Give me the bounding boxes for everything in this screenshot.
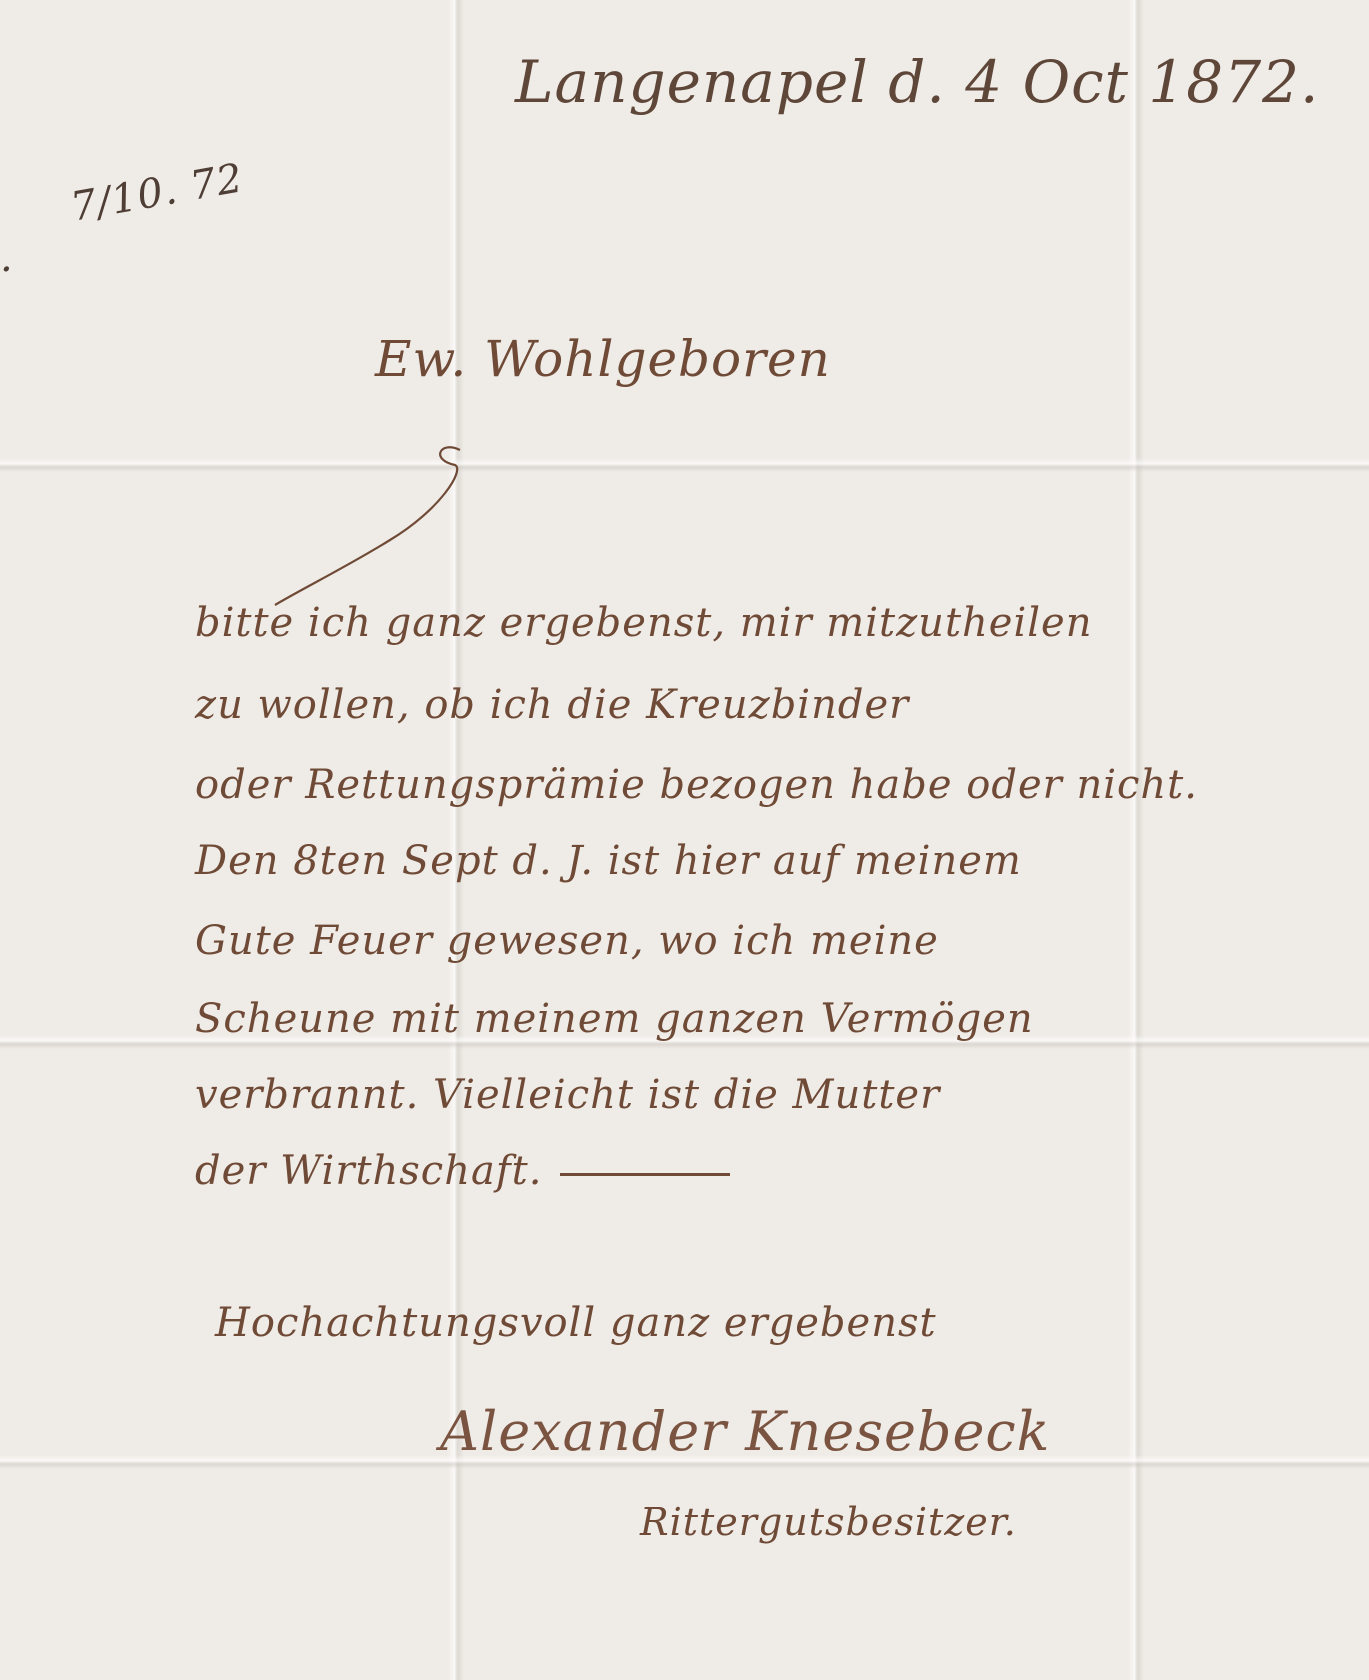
salutation-flourish-icon: [270, 440, 490, 610]
margin-mark: .: [0, 235, 14, 281]
body-line: zu wollen, ob ich die Kreuzbinder: [195, 682, 909, 728]
margin-date-note: 7/10. 72: [67, 155, 246, 231]
closing-dash: [560, 1173, 730, 1176]
place-date-header: Langenapel d. 4 Oct 1872.: [515, 48, 1319, 116]
body-line: Gute Feuer gewesen, wo ich meine: [195, 918, 939, 964]
closing-line: Hochachtungsvoll ganz ergebenst: [215, 1300, 937, 1346]
body-line: verbrannt. Vielleicht ist die Mutter: [195, 1072, 940, 1118]
fold-crease-vertical: [1128, 0, 1144, 1680]
body-line: der Wirthschaft.: [195, 1148, 730, 1194]
salutation: Ew. Wohlgeboren: [375, 330, 831, 388]
body-line: Den 8ten Sept d. J. ist hier auf meinem: [195, 838, 1022, 884]
fold-crease-horizontal: [0, 458, 1369, 472]
body-line: Scheune mit meinem ganzen Vermögen: [195, 996, 1034, 1042]
signature: Alexander Knesebeck: [440, 1400, 1050, 1463]
signature-title: Rittergutsbesitzer.: [640, 1500, 1017, 1544]
body-line: bitte ich ganz ergebenst, mir mitzutheil…: [195, 600, 1092, 646]
letter-page: Langenapel d. 4 Oct 1872. 7/10. 72 . Ew.…: [0, 0, 1369, 1680]
body-line: oder Rettungsprämie bezogen habe oder ni…: [195, 762, 1198, 808]
